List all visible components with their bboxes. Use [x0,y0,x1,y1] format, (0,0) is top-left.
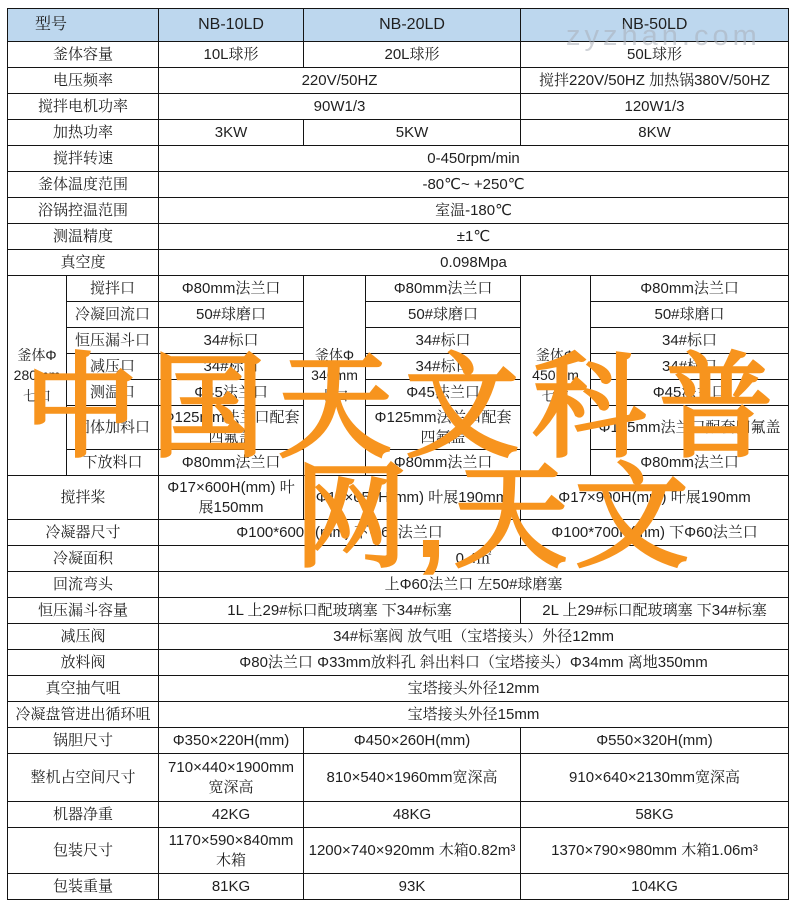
value-cell: 104KG [521,874,789,900]
table-row: 电压频率220V/50HZ搅拌220V/50HZ 加热锅380V/50HZ [8,68,789,94]
table-row: 测温精度±1℃ [8,224,789,250]
value-cell: -80℃~ +250℃ [159,172,789,198]
value-cell: Φ17×600H(mm) 叶展150mm [159,476,304,520]
kettle-group-label-line: 釜体Φ [524,345,587,365]
row-label: 真空抽气咀 [8,676,159,702]
value-cell: 50#球磨口 [366,302,521,328]
table-row: 固体加料口Φ125mm法兰口配套四氟盖Φ125mm法兰口配套四氟盖Φ125mm法… [8,406,789,450]
value-cell: Φ80mm法兰口 [591,450,789,476]
port-name-cell: 冷凝回流口 [67,302,159,328]
port-name-cell: 减压口 [67,354,159,380]
table-row: 真空度0.098Mpa [8,250,789,276]
row-label: 搅拌电机功率 [8,94,159,120]
table-row: 回流弯头上Φ60法兰口 左50#球磨塞 [8,572,789,598]
row-label: 整机占空间尺寸 [8,754,159,802]
value-cell: 34#标口 [591,354,789,380]
kettle-group-label-line: 釜体Φ [307,345,362,365]
value-cell: Φ125mm法兰口配套四氟盖 [591,406,789,450]
row-label: 测温精度 [8,224,159,250]
kettle-group-label-line: 七口 [524,386,587,406]
value-cell: Φ80mm法兰口 [591,276,789,302]
value-cell: 93K [304,874,521,900]
value-cell: 1370×790×980mm 木箱1.06m³ [521,828,789,874]
value-cell: 10L球形 [159,42,304,68]
value-cell: 5KW [304,120,521,146]
row-label: 真空度 [8,250,159,276]
row-label: 搅拌桨 [8,476,159,520]
value-cell: Φ17×650H(mm) 叶展190mm [304,476,521,520]
value-cell: Φ80mm法兰口 [159,276,304,302]
table-row: 搅拌转速0-450rpm/min [8,146,789,172]
row-label: 减压阀 [8,624,159,650]
row-label: 冷凝盘管进出循环咀 [8,702,159,728]
value-cell: 710×440×1900mm宽深高 [159,754,304,802]
kettle-group-label-line: 釜体Φ [11,345,63,365]
port-name-cell: 恒压漏斗口 [67,328,159,354]
value-cell: 0.4㎡ [159,546,789,572]
value-cell: 34#标塞阀 放气咀（宝塔接头）外径12mm [159,624,789,650]
value-cell: Φ45法兰口 [591,380,789,406]
value-cell: Φ80法兰口 Φ33mm放料孔 斜出料口（宝塔接头）Φ34mm 离地350mm [159,650,789,676]
value-cell: 42KG [159,802,304,828]
value-cell: 90W1/3 [159,94,521,120]
value-cell: 8KW [521,120,789,146]
row-label: 冷凝器尺寸 [8,520,159,546]
value-cell: 910×640×2130mm宽深高 [521,754,789,802]
table-row: 恒压漏斗容量1L 上29#标口配玻璃塞 下34#标塞2L 上29#标口配玻璃塞 … [8,598,789,624]
table-row: 锅胆尺寸Φ350×220H(mm)Φ450×260H(mm)Φ550×320H(… [8,728,789,754]
value-cell: 120W1/3 [521,94,789,120]
value-cell: Φ550×320H(mm) [521,728,789,754]
value-cell: 1200×740×920mm 木箱0.82m³ [304,828,521,874]
value-cell: Φ100*600H(mm) 下Φ60法兰口 [159,520,521,546]
row-label: 包装尺寸 [8,828,159,874]
value-cell: Φ80mm法兰口 [159,450,304,476]
kettle-group-label-line: 340mm [307,365,362,385]
table-row: 减压口34#标口34#标口34#标口 [8,354,789,380]
row-label: 釜体容量 [8,42,159,68]
kettle-group-label-line: 450mm [524,365,587,385]
value-cell: Φ45法兰口 [159,380,304,406]
value-cell: Φ45法兰口 [366,380,521,406]
row-label: 包装重量 [8,874,159,900]
kettle-group-label-line: 280mm [11,365,63,385]
table-row: 型号NB-10LDNB-20LDNB-50LD [8,9,789,42]
value-cell: 2L 上29#标口配玻璃塞 下34#标塞 [521,598,789,624]
table-row: 冷凝回流口50#球磨口50#球磨口50#球磨口 [8,302,789,328]
row-label: 机器净重 [8,802,159,828]
table-row: 冷凝盘管进出循环咀宝塔接头外径15mm [8,702,789,728]
row-label: 锅胆尺寸 [8,728,159,754]
value-cell: 宝塔接头外径15mm [159,702,789,728]
value-cell: 81KG [159,874,304,900]
value-cell: Φ125mm法兰口配套四氟盖 [366,406,521,450]
value-cell: Φ80mm法兰口 [366,276,521,302]
table-row: 冷凝面积0.4㎡ [8,546,789,572]
value-cell: 室温-180℃ [159,198,789,224]
value-cell: 0-450rpm/min [159,146,789,172]
row-label: 搅拌转速 [8,146,159,172]
row-label: 放料阀 [8,650,159,676]
row-label: 冷凝面积 [8,546,159,572]
table-row: 包装尺寸1170×590×840mm 木箱1200×740×920mm 木箱0.… [8,828,789,874]
table-row: 下放料口Φ80mm法兰口Φ80mm法兰口Φ80mm法兰口 [8,450,789,476]
value-cell: 20L球形 [304,42,521,68]
value-cell: 34#标口 [159,328,304,354]
value-cell: 48KG [304,802,521,828]
table-row: 测温口Φ45法兰口Φ45法兰口Φ45法兰口 [8,380,789,406]
kettle-group-label: 釜体Φ340mm七口 [304,276,366,476]
kettle-group-label-line: 七口 [307,386,362,406]
header-model-NB-50LD: NB-50LD [521,9,789,42]
table-row: 恒压漏斗口34#标口34#标口34#标口 [8,328,789,354]
value-cell: Φ350×220H(mm) [159,728,304,754]
table-row: 冷凝器尺寸Φ100*600H(mm) 下Φ60法兰口Φ100*700H(mm) … [8,520,789,546]
value-cell: 34#标口 [159,354,304,380]
value-cell: ±1℃ [159,224,789,250]
value-cell: 34#标口 [366,328,521,354]
value-cell: 0.098Mpa [159,250,789,276]
table-row: 机器净重42KG48KG58KG [8,802,789,828]
table-row: 釜体温度范围-80℃~ +250℃ [8,172,789,198]
value-cell: 220V/50HZ [159,68,521,94]
header-model-NB-10LD: NB-10LD [159,9,304,42]
value-cell: 1L 上29#标口配玻璃塞 下34#标塞 [159,598,521,624]
value-cell: 50L球形 [521,42,789,68]
port-name-cell: 固体加料口 [67,406,159,450]
port-name-cell: 下放料口 [67,450,159,476]
port-name-cell: 测温口 [67,380,159,406]
value-cell: 上Φ60法兰口 左50#球磨塞 [159,572,789,598]
table-row: 减压阀34#标塞阀 放气咀（宝塔接头）外径12mm [8,624,789,650]
value-cell: 50#球磨口 [591,302,789,328]
table-row: 整机占空间尺寸710×440×1900mm宽深高810×540×1960mm宽深… [8,754,789,802]
value-cell: 搅拌220V/50HZ 加热锅380V/50HZ [521,68,789,94]
row-label: 加热功率 [8,120,159,146]
row-label: 浴锅控温范围 [8,198,159,224]
row-label: 恒压漏斗容量 [8,598,159,624]
kettle-group-label: 釜体Φ450mm七口 [521,276,591,476]
table-row: 加热功率3KW5KW8KW [8,120,789,146]
kettle-group-label: 釜体Φ280mm七口 [8,276,67,476]
table-row: 搅拌电机功率90W1/3120W1/3 [8,94,789,120]
value-cell: 34#标口 [366,354,521,380]
value-cell: 1170×590×840mm 木箱 [159,828,304,874]
value-cell: Φ450×260H(mm) [304,728,521,754]
table-row: 放料阀Φ80法兰口 Φ33mm放料孔 斜出料口（宝塔接头）Φ34mm 离地350… [8,650,789,676]
value-cell: Φ17×900H(mm) 叶展190mm [521,476,789,520]
row-label: 回流弯头 [8,572,159,598]
row-label: 电压频率 [8,68,159,94]
table-row: 包装重量81KG93K104KG [8,874,789,900]
table-row: 釜体容量10L球形20L球形50L球形 [8,42,789,68]
table-row: 真空抽气咀宝塔接头外径12mm [8,676,789,702]
value-cell: Φ80mm法兰口 [366,450,521,476]
value-cell: 58KG [521,802,789,828]
value-cell: 34#标口 [591,328,789,354]
header-model-label: 型号 [8,9,159,42]
value-cell: Φ100*700H(mm) 下Φ60法兰口 [521,520,789,546]
table-row: 釜体Φ280mm七口搅拌口Φ80mm法兰口釜体Φ340mm七口Φ80mm法兰口釜… [8,276,789,302]
table-row: 搅拌桨Φ17×600H(mm) 叶展150mmΦ17×650H(mm) 叶展19… [8,476,789,520]
value-cell: 50#球磨口 [159,302,304,328]
header-model-NB-20LD: NB-20LD [304,9,521,42]
value-cell: 3KW [159,120,304,146]
value-cell: Φ125mm法兰口配套四氟盖 [159,406,304,450]
spec-table: 型号NB-10LDNB-20LDNB-50LD釜体容量10L球形20L球形50L… [7,8,789,900]
row-label: 釜体温度范围 [8,172,159,198]
table-row: 浴锅控温范围室温-180℃ [8,198,789,224]
value-cell: 810×540×1960mm宽深高 [304,754,521,802]
value-cell: 宝塔接头外径12mm [159,676,789,702]
port-name-cell: 搅拌口 [67,276,159,302]
kettle-group-label-line: 七口 [11,386,63,406]
